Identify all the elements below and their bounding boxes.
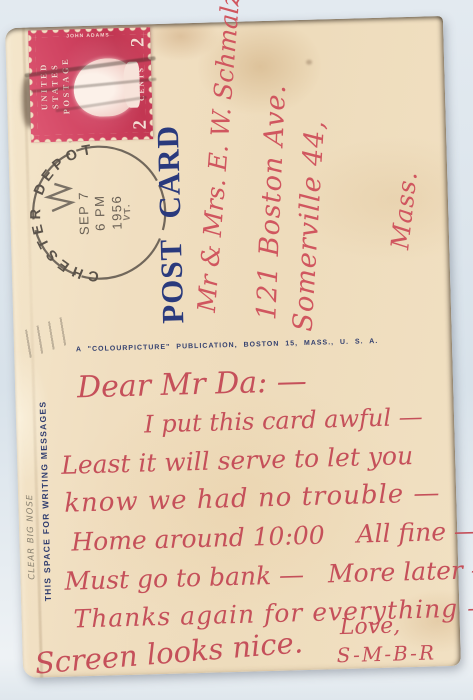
message-line: Least it will serve to let you	[61, 441, 414, 480]
postmark-squiggle	[47, 183, 72, 211]
message-signature: S-M-B-R	[336, 640, 436, 667]
post-card-label: POST CARD	[150, 125, 192, 325]
address-line-city: Somerville 44,	[288, 119, 332, 332]
stamp-denom-left: 2	[131, 120, 151, 130]
message-line: Dear Mr Da: —	[77, 364, 308, 405]
cancel-bars	[20, 316, 73, 358]
address-line-state: Mass.	[385, 169, 423, 251]
postmark-time: 6 PM	[92, 194, 108, 231]
address-line-street: 121 Boston Ave.	[251, 83, 292, 320]
publisher-line: A "COLOURPICTURE" PUBLICATION, BOSTON 15…	[76, 338, 378, 353]
message-line: know we had no trouble —	[64, 478, 441, 518]
postmark-date: SEP 7	[76, 191, 92, 236]
postmark-year: 1956	[109, 195, 125, 230]
stamp-subject-text: JOHN ADAMS	[66, 32, 110, 39]
message-line: Must go to bank — More later —	[64, 555, 473, 596]
message-closing: Love,	[340, 613, 401, 640]
stamp-denomination: 2 CENTS 2	[128, 27, 151, 140]
message-line: Home around 10:00 All fine —	[71, 516, 473, 556]
address-line-name: Mr & Mrs. E. W. Schmalz	[192, 0, 245, 313]
postcard: UNITED STATES POSTAGE JOHN ADAMS 2 CENTS…	[5, 16, 461, 678]
postage-stamp: UNITED STATES POSTAGE JOHN ADAMS 2 CENTS…	[27, 27, 154, 142]
stamp-denom-right: 2	[128, 37, 148, 47]
message-line: I put this card awful —	[144, 403, 423, 439]
stain	[306, 60, 312, 65]
